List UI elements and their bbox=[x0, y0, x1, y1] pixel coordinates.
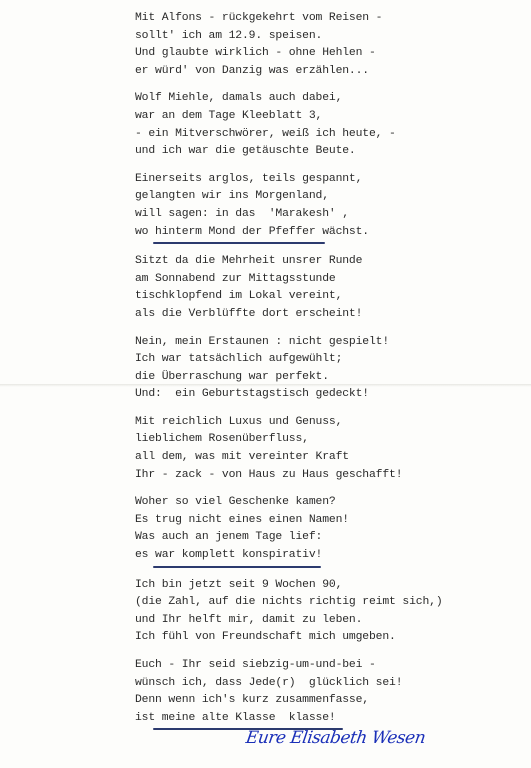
stanza: Einerseits arglos, teils gespannt,gelang… bbox=[135, 171, 455, 241]
poem-line: Ihr - zack - von Haus zu Haus geschafft! bbox=[135, 467, 455, 485]
poem-line: als die Verblüffte dort erscheint! bbox=[135, 306, 455, 324]
stanza: Mit reichlich Luxus und Genuss,liebliche… bbox=[135, 414, 455, 484]
poem-line: Woher so viel Geschenke kamen? bbox=[135, 494, 455, 512]
stanza: Euch - Ihr seid siebzig-um-und-bei -wüns… bbox=[135, 657, 455, 727]
poem: Mit Alfons - rückgekehrt vom Reisen -sol… bbox=[135, 10, 455, 739]
handdrawn-underline bbox=[153, 242, 325, 244]
poem-line: war an dem Tage Kleeblatt 3, bbox=[135, 108, 455, 126]
poem-line: Sitzt da die Mehrheit unsrer Runde bbox=[135, 253, 455, 271]
poem-line: Nein, mein Erstaunen : nicht gespielt! bbox=[135, 334, 455, 352]
poem-line: Und: ein Geburtstagstisch gedeckt! bbox=[135, 386, 455, 404]
poem-line: Euch - Ihr seid siebzig-um-und-bei - bbox=[135, 657, 455, 675]
poem-line: wo hinterm Mond der Pfeffer wächst. bbox=[135, 224, 455, 242]
poem-line: Wolf Miehle, damals auch dabei, bbox=[135, 90, 455, 108]
handwritten-signature: Eure Elisabeth Wesen bbox=[245, 728, 427, 748]
stanza: Sitzt da die Mehrheit unsrer Rundeam Son… bbox=[135, 253, 455, 323]
stanza: Wolf Miehle, damals auch dabei,war an de… bbox=[135, 90, 455, 160]
poem-line: ist meine alte Klasse klasse! bbox=[135, 710, 455, 728]
poem-line: Was auch an jenem Tage lief: bbox=[135, 529, 455, 547]
handdrawn-underline bbox=[153, 566, 321, 568]
stanza: Ich bin jetzt seit 9 Wochen 90,(die Zahl… bbox=[135, 577, 455, 647]
stanza: Nein, mein Erstaunen : nicht gespielt!Ic… bbox=[135, 334, 455, 404]
poem-line: Denn wenn ich's kurz zusammenfasse, bbox=[135, 692, 455, 710]
stanza: Mit Alfons - rückgekehrt vom Reisen -sol… bbox=[135, 10, 455, 80]
poem-line: Einerseits arglos, teils gespannt, bbox=[135, 171, 455, 189]
poem-line: - ein Mitverschwörer, weiß ich heute, - bbox=[135, 126, 455, 144]
letter-page: Mit Alfons - rückgekehrt vom Reisen -sol… bbox=[0, 0, 531, 768]
poem-line: tischklopfend im Lokal vereint, bbox=[135, 288, 455, 306]
poem-line: Ich fühl von Freundschaft mich umgeben. bbox=[135, 629, 455, 647]
poem-line: er würd' von Danzig was erzählen... bbox=[135, 63, 455, 81]
poem-line: Und glaubte wirklich - ohne Hehlen - bbox=[135, 45, 455, 63]
poem-line: all dem, was mit vereinter Kraft bbox=[135, 449, 455, 467]
poem-line: die Überraschung war perfekt. bbox=[135, 369, 455, 387]
stanza: Woher so viel Geschenke kamen?Es trug ni… bbox=[135, 494, 455, 564]
poem-line: Ich bin jetzt seit 9 Wochen 90, bbox=[135, 577, 455, 595]
poem-line: (die Zahl, auf die nichts richtig reimt … bbox=[135, 594, 455, 612]
poem-line: Es trug nicht eines einen Namen! bbox=[135, 512, 455, 530]
poem-line: es war komplett konspirativ! bbox=[135, 547, 455, 565]
poem-line: Mit Alfons - rückgekehrt vom Reisen - bbox=[135, 10, 455, 28]
poem-line: gelangten wir ins Morgenland, bbox=[135, 188, 455, 206]
poem-line: und ich war die getäuschte Beute. bbox=[135, 143, 455, 161]
poem-line: lieblichem Rosenüberfluss, bbox=[135, 431, 455, 449]
poem-line: will sagen: in das 'Marakesh' , bbox=[135, 206, 455, 224]
poem-line: sollt' ich am 12.9. speisen. bbox=[135, 28, 455, 46]
poem-line: Mit reichlich Luxus und Genuss, bbox=[135, 414, 455, 432]
poem-line: Ich war tatsächlich aufgewühlt; bbox=[135, 351, 455, 369]
poem-line: am Sonnabend zur Mittagsstunde bbox=[135, 271, 455, 289]
poem-line: wünsch ich, dass Jede(r) glücklich sei! bbox=[135, 675, 455, 693]
poem-line: und Ihr helft mir, damit zu leben. bbox=[135, 612, 455, 630]
